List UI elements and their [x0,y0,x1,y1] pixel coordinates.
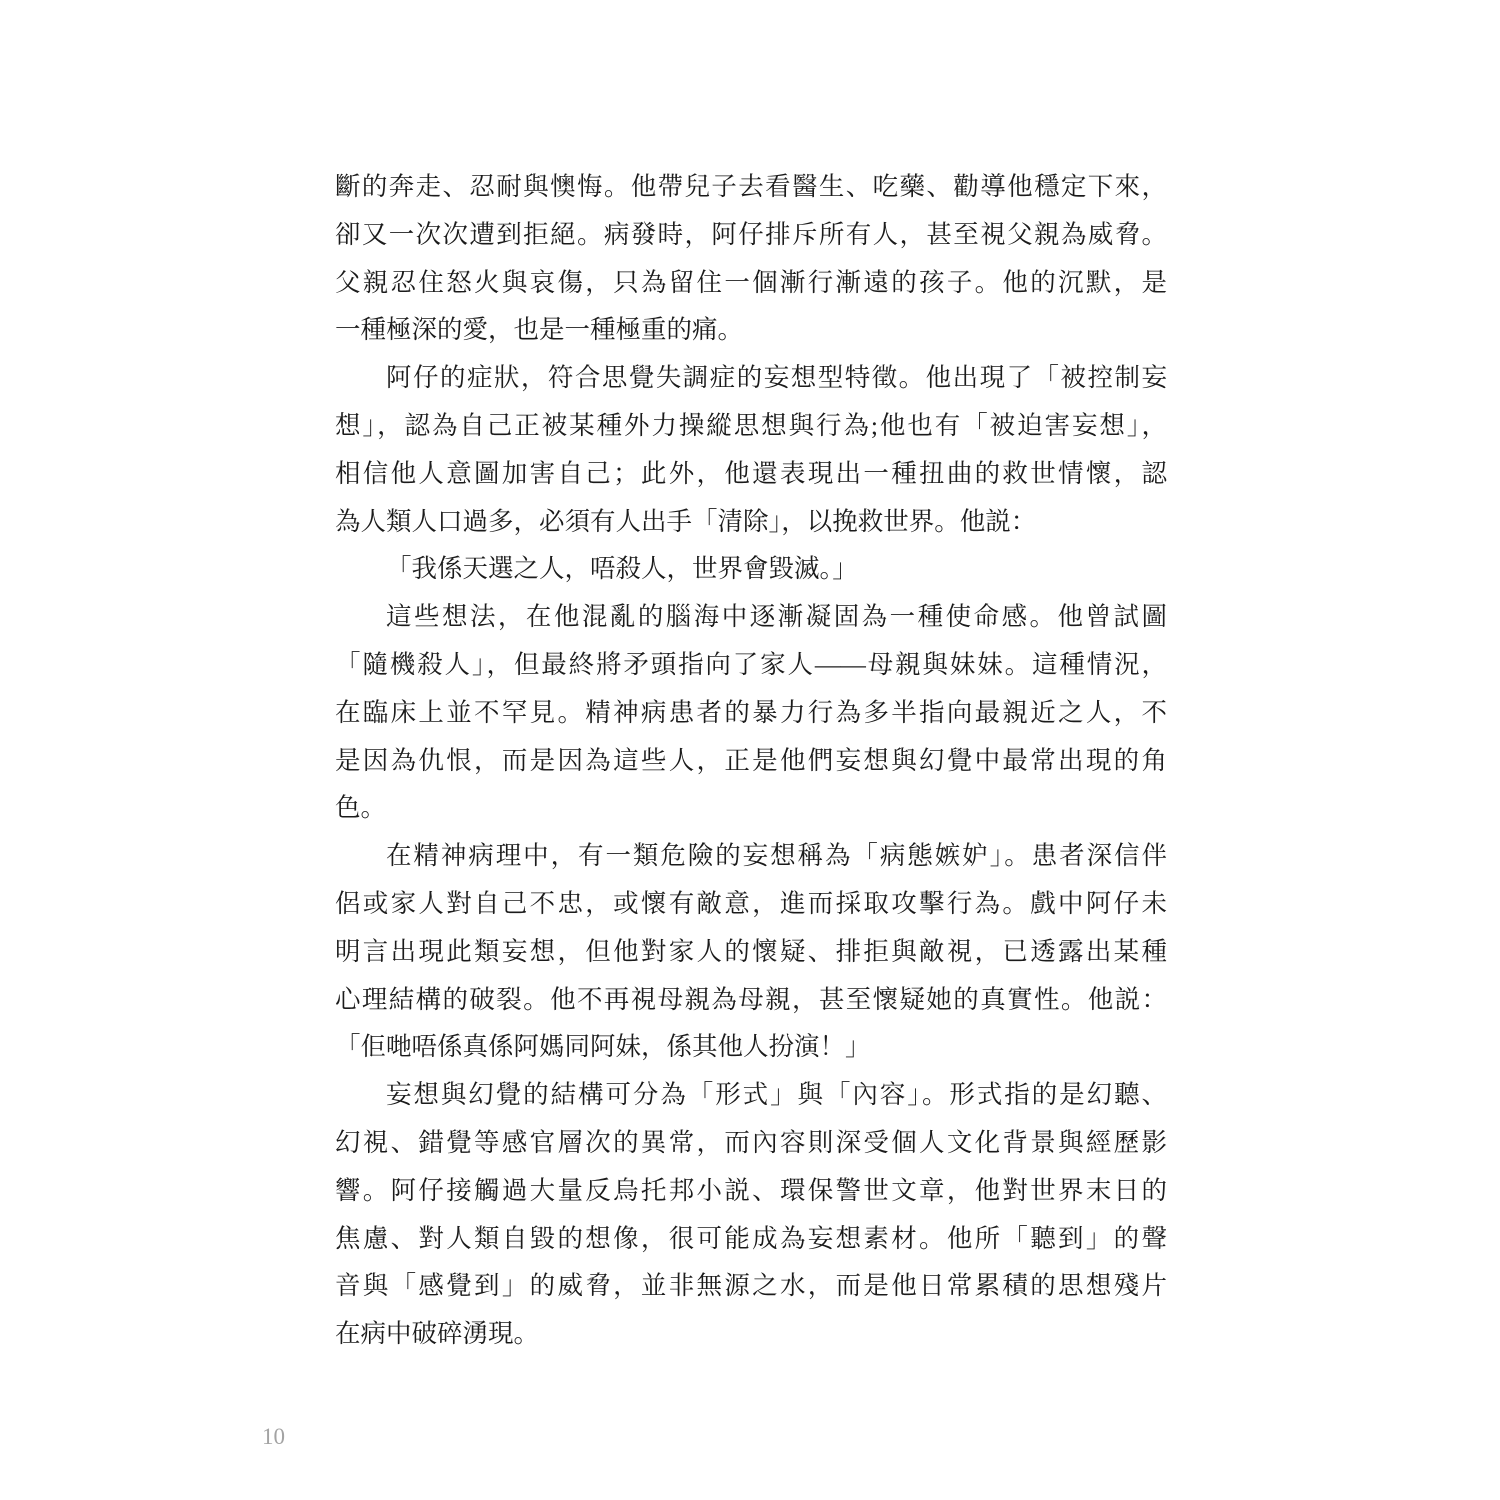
text-line: 想」，認為自己正被某種外力操縱思想與行為;他也有「被迫害妄想」， [335,402,1167,450]
text-line: 在精神病理中，有一類危險的妄想稱為「病態嫉妒」。患者深信伴 [335,832,1167,880]
text-line: 妄想與幻覺的結構可分為「形式」與「內容」。形式指的是幻聽、 [335,1071,1167,1119]
text-line: 響。阿仔接觸過大量反烏托邦小説、環保警世文章，他對世界末日的 [335,1167,1167,1215]
text-line: 為人類人口過多，必須有人出手「清除」，以挽救世界。他説： [335,498,1167,546]
text-line: 在病中破碎湧現。 [335,1310,1167,1358]
text-line: 卻又一次次遭到拒絕。病發時，阿仔排斥所有人，甚至視父親為威脅。 [335,211,1167,259]
page-text: 斷的奔走、忍耐與懊悔。他帶兒子去看醫生、吃藥、勸導他穩定下來， 卻又一次次遭到拒… [335,163,1167,1358]
text-line: 「佢哋唔係真係阿媽同阿妹，係其他人扮演！」 [335,1023,1167,1071]
text-line: 明言出現此類妄想，但他對家人的懷疑、排拒與敵視，已透露出某種 [335,928,1167,976]
text-line: 心理結構的破裂。他不再視母親為母親，甚至懷疑她的真實性。他説： [335,976,1167,1024]
text-line: 色。 [335,784,1167,832]
text-line: 是因為仇恨，而是因為這些人，正是他們妄想與幻覺中最常出現的角 [335,737,1167,785]
text-line: 焦慮、對人類自毀的想像，很可能成為妄想素材。他所「聽到」的聲 [335,1215,1167,1263]
text-line: 斷的奔走、忍耐與懊悔。他帶兒子去看醫生、吃藥、勸導他穩定下來， [335,163,1167,211]
text-line: 「隨機殺人」，但最終將矛頭指向了家人——母親與妹妹。這種情況， [335,641,1167,689]
book-page: 斷的奔走、忍耐與懊悔。他帶兒子去看醫生、吃藥、勸導他穩定下來， 卻又一次次遭到拒… [0,0,1500,1500]
text-line: 阿仔的症狀，符合思覺失調症的妄想型特徵。他出現了「被控制妄 [335,354,1167,402]
text-line: 侶或家人對自己不忠，或懷有敵意，進而採取攻擊行為。戲中阿仔未 [335,880,1167,928]
text-line: 幻視、錯覺等感官層次的異常，而內容則深受個人文化背景與經歷影 [335,1119,1167,1167]
text-line: 相信他人意圖加害自己；此外，他還表現出一種扭曲的救世情懷，認 [335,450,1167,498]
text-line: 「我係天選之人，唔殺人，世界會毀滅。」 [335,545,1167,593]
text-line: 音與「感覺到」的威脅，並非無源之水，而是他日常累積的思想殘片 [335,1262,1167,1310]
text-line: 父親忍住怒火與哀傷，只為留住一個漸行漸遠的孩子。他的沉默，是 [335,259,1167,307]
text-line: 一種極深的愛，也是一種極重的痛。 [335,306,1167,354]
text-line: 這些想法，在他混亂的腦海中逐漸凝固為一種使命感。他曾試圖 [335,593,1167,641]
page-number: 10 [262,1424,285,1450]
text-line: 在臨床上並不罕見。精神病患者的暴力行為多半指向最親近之人，不 [335,689,1167,737]
